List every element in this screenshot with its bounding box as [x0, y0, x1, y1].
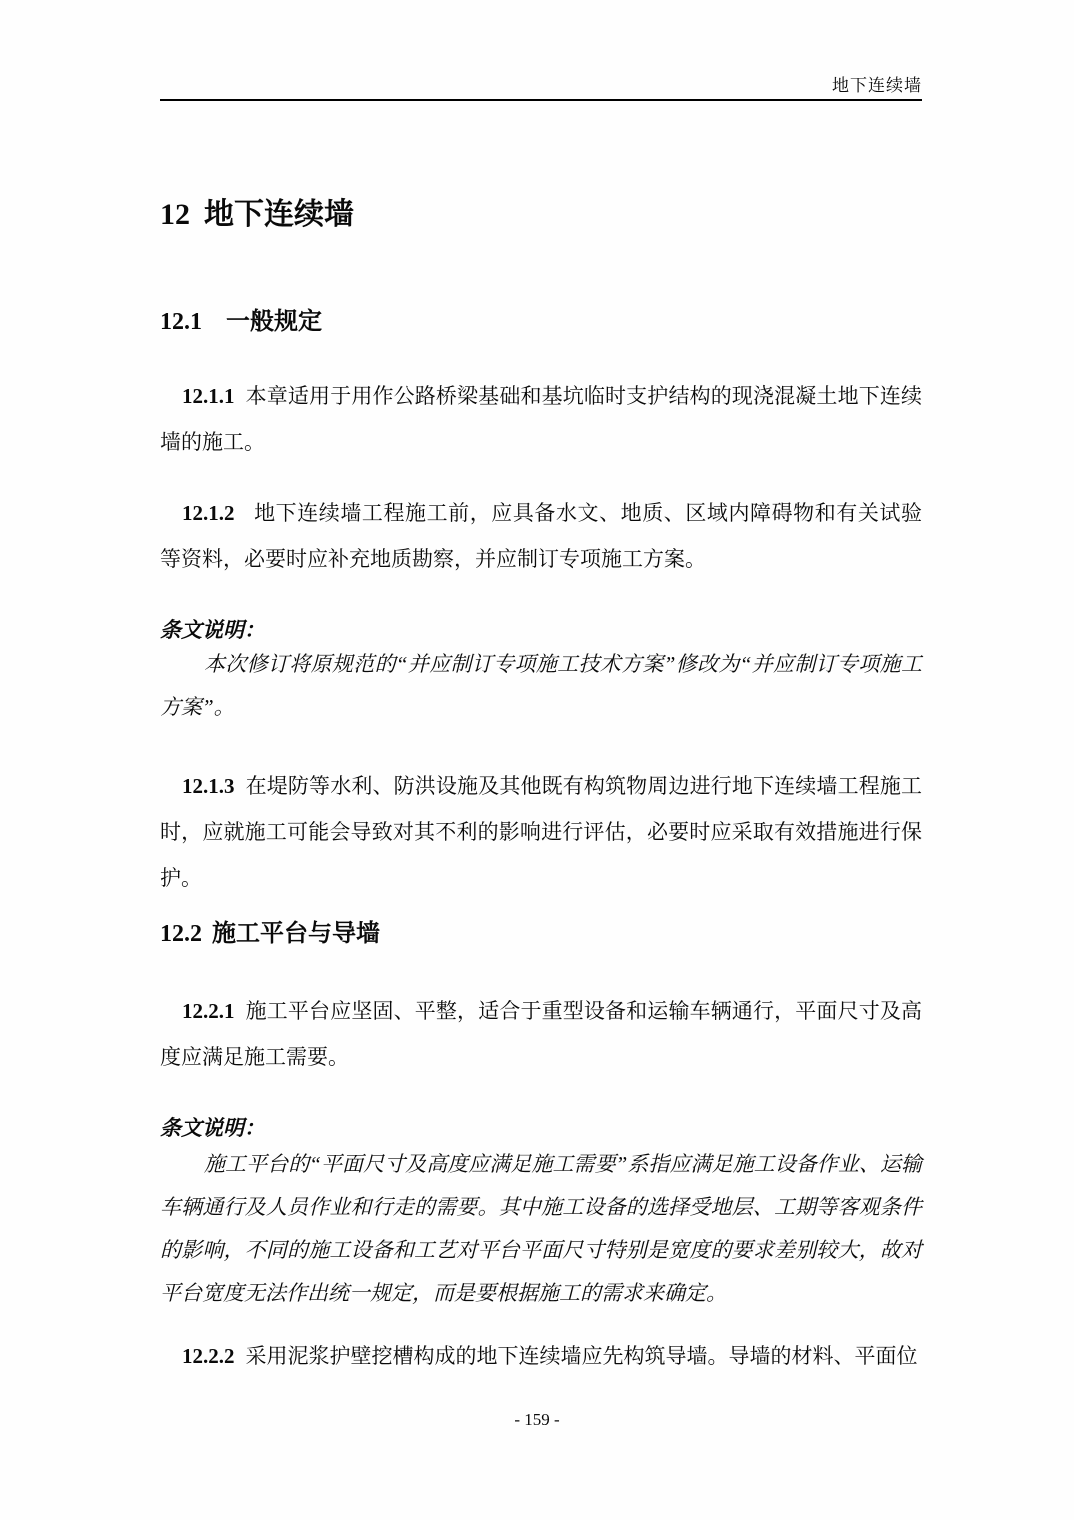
clause-text: 采用泥浆护壁挖槽构成的地下连续墙应先构筑导墙。导墙的材料、平面位 — [246, 1344, 918, 1368]
section-heading-12-2: 12.2施工平台与导墙 — [160, 919, 922, 949]
clause-number: 12.2.1 — [182, 999, 235, 1023]
page-number: - 159 - — [0, 1409, 1074, 1431]
clause-text: 在堤防等水利、防洪设施及其他既有构筑物周边进行地下连续墙工程施工时，应就施工可能… — [160, 774, 922, 890]
document-page: 地下连续墙 12地下连续墙 12.1一般规定 12.1.1本章适用于用作公路桥梁… — [0, 0, 1074, 1520]
clause-12-2-1: 12.2.1施工平台应坚固、平整，适合于重型设备和运输车辆通行，平面尺寸及高度应… — [160, 988, 922, 1080]
clause-number: 12.2.2 — [182, 1344, 235, 1368]
running-header: 地下连续墙 — [160, 75, 922, 97]
note-text-2: 施工平台的“平面尺寸及高度应满足施工需要”系指应满足施工设备作业、运输车辆通行及… — [160, 1143, 922, 1315]
clause-number: 12.1.1 — [182, 384, 235, 408]
chapter-title: 12地下连续墙 — [160, 197, 922, 233]
clause-12-1-2: 12.1.2地下连续墙工程施工前，应具备水文、地质、区域内障碍物和有关试验等资料… — [160, 490, 922, 582]
clause-number: 12.1.2 — [182, 501, 235, 525]
note-text-1: 本次修订将原规范的“并应制订专项施工技术方案”修改为“并应制订专项施工方案”。 — [160, 643, 922, 729]
section-title: 施工平台与导墙 — [212, 920, 380, 947]
chapter-title-text: 地下连续墙 — [204, 198, 354, 231]
section-number: 12.2 — [160, 921, 202, 947]
clause-text: 本章适用于用作公路桥梁基础和基坑临时支护结构的现浇混凝土地下连续墙的施工。 — [160, 384, 922, 454]
clause-12-2-2: 12.2.2采用泥浆护壁挖槽构成的地下连续墙应先构筑导墙。导墙的材料、平面位 — [160, 1333, 922, 1379]
clause-12-1-1: 12.1.1本章适用于用作公路桥梁基础和基坑临时支护结构的现浇混凝土地下连续墙的… — [160, 373, 922, 465]
clause-number: 12.1.3 — [182, 774, 235, 798]
note-label-1: 条文说明： — [160, 616, 922, 644]
header-rule-divider — [160, 99, 922, 101]
note-label-2: 条文说明： — [160, 1114, 922, 1142]
chapter-number: 12 — [160, 198, 190, 231]
section-number: 12.1 — [160, 309, 202, 335]
clause-text: 施工平台应坚固、平整，适合于重型设备和运输车辆通行，平面尺寸及高度应满足施工需要… — [160, 999, 922, 1069]
clause-text: 地下连续墙工程施工前，应具备水文、地质、区域内障碍物和有关试验等资料，必要时应补… — [160, 501, 922, 571]
section-title: 一般规定 — [226, 308, 322, 335]
section-heading-12-1: 12.1一般规定 — [160, 307, 922, 337]
clause-12-1-3: 12.1.3在堤防等水利、防洪设施及其他既有构筑物周边进行地下连续墙工程施工时，… — [160, 763, 922, 901]
